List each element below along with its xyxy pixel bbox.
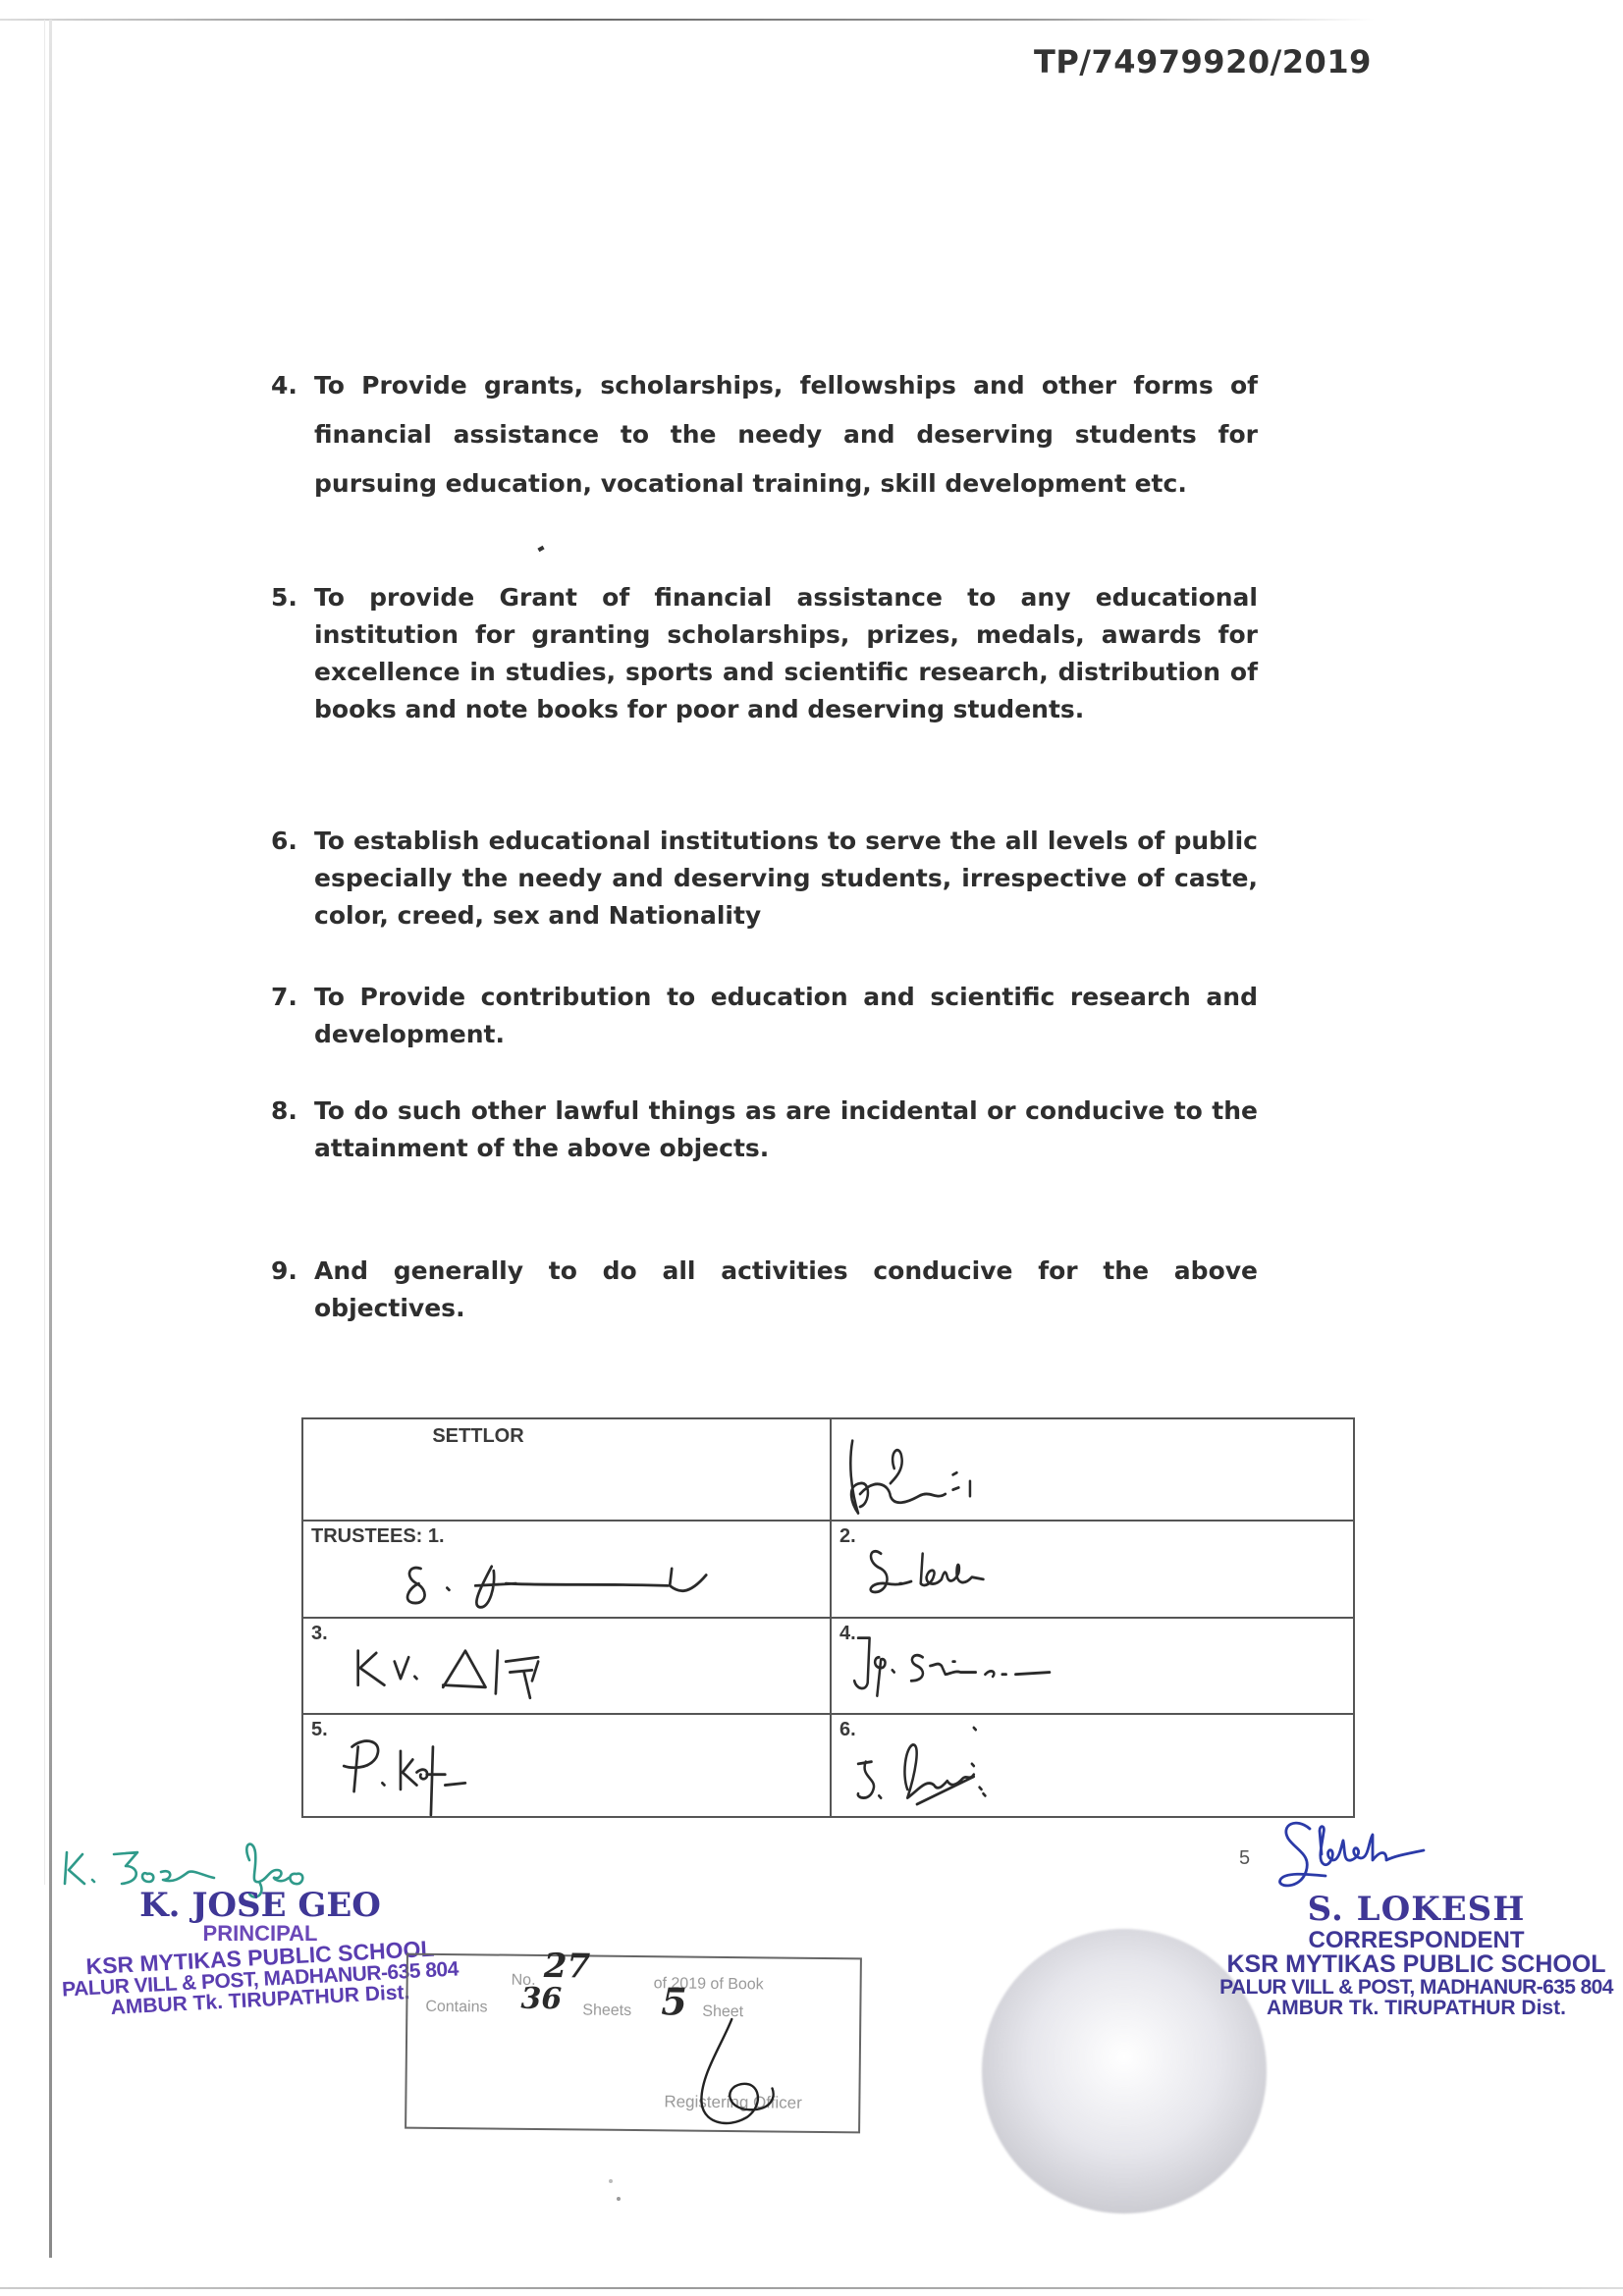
correspondent-pen-signature <box>1267 1811 1502 1899</box>
signature-table: SETTLOR TRUSTEES: 1. 2. 3. <box>301 1417 1355 1818</box>
clause-number: 9. <box>271 1253 298 1290</box>
left-margin-shadow <box>44 20 45 1885</box>
trustees-row-1: TRUSTEES: 1. 2. <box>302 1521 1354 1618</box>
trustee-1-cell: TRUSTEES: 1. <box>302 1521 831 1618</box>
trustee-3-cell: 3. <box>302 1618 831 1714</box>
clause-number: 5. <box>271 579 298 616</box>
scan-speck <box>537 546 544 552</box>
trustee-1-signature <box>303 1522 830 1617</box>
clause-text: To do such other lawful things as are in… <box>314 1093 1258 1167</box>
document-reference-number: TP/74979920/2019 <box>1034 43 1372 80</box>
clause-text: And generally to do all activities condu… <box>314 1253 1258 1327</box>
settlor-row: SETTLOR <box>302 1418 1354 1521</box>
trustee-2-cell: 2. <box>831 1521 1354 1618</box>
principal-name: K. JOSE GEO <box>49 1886 471 1925</box>
trustee-6-cell: 6. <box>831 1714 1354 1817</box>
correspondent-address: PALUR VILL & POST, MADHANUR-635 804 <box>1210 1977 1623 1998</box>
clause-number: 8. <box>271 1093 298 1130</box>
trustee-5-cell: 5. <box>302 1714 831 1817</box>
registering-officer-signature <box>662 2014 800 2133</box>
scan-speck <box>617 2197 621 2201</box>
clause-number: 7. <box>271 979 298 1016</box>
trustee-6-signature <box>832 1715 1353 1816</box>
correspondent-stamp: S. LOKESH CORRESPONDENT KSR MYTIKAS PUBL… <box>1210 1890 1623 2018</box>
correspondent-name: S. LOKESH <box>1210 1890 1623 1929</box>
trustee-3-signature <box>303 1619 830 1713</box>
clause-5: 5. To provide Grant of financial assista… <box>271 579 1258 728</box>
reg-contains-label: Contains <box>425 1999 487 2017</box>
reg-sheets-label: Sheets <box>582 2002 631 2020</box>
clause-text: To Provide contribution to education and… <box>314 979 1258 1053</box>
trustee-4-cell: 4. <box>831 1618 1354 1714</box>
settlor-signature <box>832 1419 1353 1520</box>
scan-speck <box>609 2179 613 2183</box>
correspondent-role: CORRESPONDENT <box>1210 1929 1623 1952</box>
trustee-5-signature <box>303 1715 830 1816</box>
clause-6: 6. To establish educational institutions… <box>271 823 1258 934</box>
page-number: 5 <box>1239 1847 1250 1870</box>
reg-total-sheets: 36 <box>520 1982 562 2016</box>
correspondent-school: KSR MYTIKAS PUBLIC SCHOOL <box>1210 1952 1623 1977</box>
correspondent-district: AMBUR Tk. TIRUPATHUR Dist. <box>1210 1998 1623 2018</box>
trustee-2-signature <box>832 1522 1353 1617</box>
clause-4: 4. To Provide grants, scholarships, fell… <box>271 361 1258 508</box>
clause-number: 4. <box>271 361 298 410</box>
trustees-row-2: 3. 4. <box>302 1618 1354 1714</box>
clause-number: 6. <box>271 823 298 860</box>
trustee-4-signature <box>832 1619 1353 1713</box>
registration-stamp: No. 27 of 2019 of Book Contains 36 Sheet… <box>405 1953 862 2134</box>
trustees-row-3: 5. 6. <box>302 1714 1354 1817</box>
clause-8: 8. To do such other lawful things as are… <box>271 1093 1258 1167</box>
top-border-line <box>0 19 1375 21</box>
bottom-border-line <box>0 2287 1623 2289</box>
settlor-label-cell: SETTLOR <box>302 1418 831 1521</box>
clause-text: To Provide grants, scholarships, fellows… <box>314 361 1258 508</box>
reg-document-number: 27 <box>544 1947 591 1986</box>
clause-text: To establish educational institutions to… <box>314 823 1258 934</box>
settlor-label: SETTLOR <box>311 1425 822 1448</box>
clause-7: 7. To Provide contribution to education … <box>271 979 1258 1053</box>
clause-9: 9. And generally to do all activities co… <box>271 1253 1258 1327</box>
clause-text: To provide Grant of financial assistance… <box>314 579 1258 728</box>
settlor-signature-cell <box>831 1418 1354 1521</box>
